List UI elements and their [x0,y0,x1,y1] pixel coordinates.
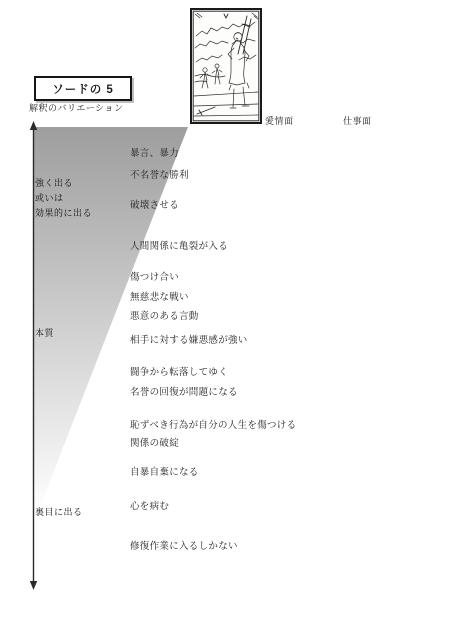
column-header-work: 仕事面 [343,114,372,127]
interpretation-item: 修復作業に入るしかない [130,538,238,552]
arrowhead-down-icon [30,581,37,590]
column-header-love: 愛情面 [265,114,294,127]
interpretation-item: 心を病む [130,498,169,512]
document-page: ソードの 5 解釈のバリエーション 愛情面 仕事面 強く出る 或いは 効果的に出… [0,0,453,640]
axis-label-backfire: 裏目に出る [35,505,83,520]
card-title-label: ソードの 5 [52,81,114,97]
interpretation-item: 自暴自棄になる [130,464,199,478]
arrowhead-up-icon [30,121,37,130]
interpretation-item: 人間関係に亀裂が入る [130,238,228,252]
axis-label-essence: 本質 [35,326,54,341]
interpretation-item: 相手に対する嫌悪感が強い [130,332,248,346]
interpretation-item: 名誉の回復が問題になる [130,384,238,398]
interpretation-item: 恥ずべき行為が自分の人生を傷つける [130,417,296,431]
variations-subtitle: 解釈のバリエーション [29,101,123,114]
interpretation-item: 関係の破綻 [130,435,179,449]
interpretation-item: 不名誉な勝利 [130,167,189,181]
interpretation-item: 傷つけ合い [130,269,179,283]
interpretation-item: 闘争から転落してゆく [130,364,228,378]
interpretation-item: 暴言、暴力 [130,145,179,159]
card-title-box: ソードの 5 [34,76,132,101]
axis-label-strong: 強く出る 或いは 効果的に出る [35,176,92,221]
interpretation-item: 破壊させる [130,197,179,211]
tarot-card-five-of-swords-icon [190,8,262,124]
interpretation-item: 無慈悲な戦い [130,289,189,303]
interpretation-item: 悪意のある言動 [130,308,199,322]
